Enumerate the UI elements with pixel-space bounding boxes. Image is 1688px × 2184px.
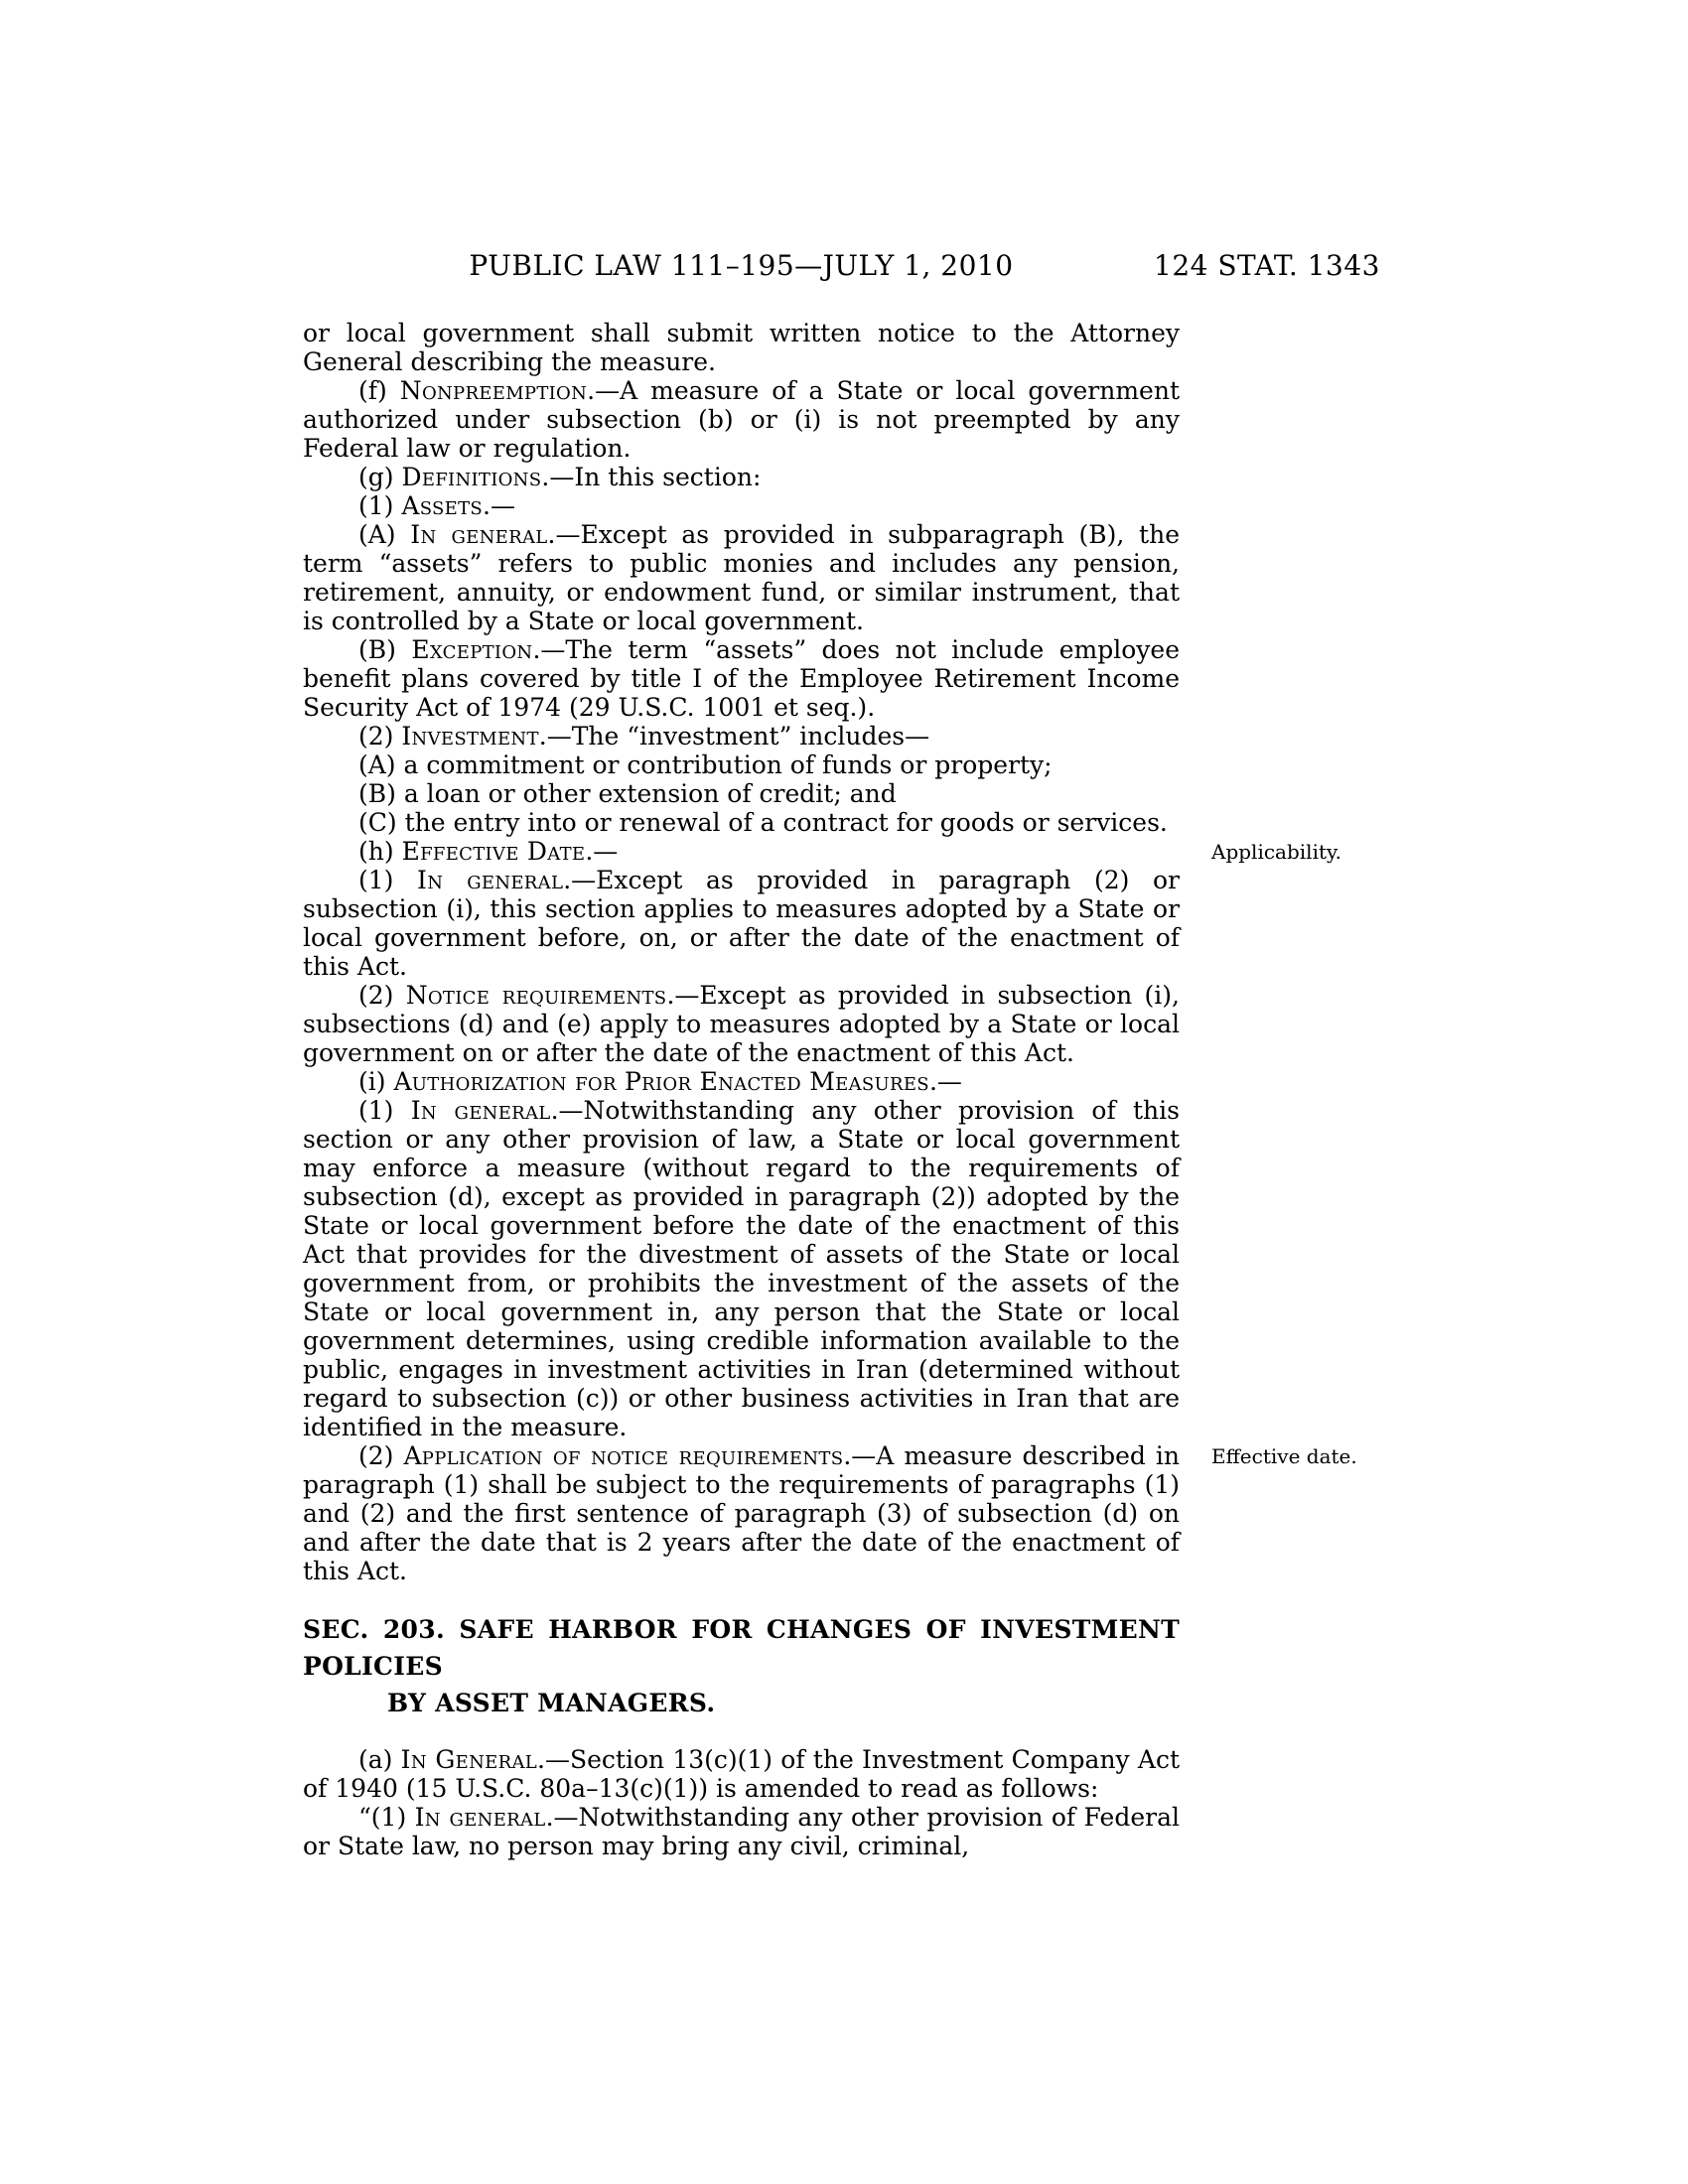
small-caps-term: Definitions [401,463,541,491]
text-run: (2) [358,722,401,751]
statute-paragraph: (2) Investment.—The “investment” include… [303,722,1180,751]
statute-paragraph: or local government shall submit written… [303,319,1180,376]
small-caps-term: In general [410,520,547,549]
law-title: PUBLIC LAW 111–195—JULY 1, 2010 [303,250,1180,282]
statute-paragraph: (h) Effective Date.—Applicability. [303,837,1180,866]
statute-body: or local government shall submit written… [303,319,1180,1860]
small-caps-term: In General [401,1745,537,1774]
text-run: or local government shall submit written… [303,319,1180,376]
text-run: .—The “investment” includes— [539,722,929,751]
text-run: (i) [358,1067,393,1096]
margin-note: Effective date. [1211,1444,1430,1468]
statute-paragraph: (C) the entry into or renewal of a contr… [303,808,1180,837]
small-caps-term: Notice requirements [406,981,667,1010]
section-heading: SEC. 203. SAFE HARBOR FOR CHANGES OF INV… [303,1611,1180,1721]
text-run: .—In this section: [541,463,761,491]
text-run: .— [585,837,618,866]
text-run: (g) [358,463,401,491]
statute-paragraph: (f) Nonpreemption.—A measure of a State … [303,376,1180,463]
statute-paragraph: (i) Authorization for Prior Enacted Meas… [303,1067,1180,1096]
text-run: .—Notwithstanding any other provision of… [303,1096,1180,1441]
small-caps-term: In general [415,1803,546,1832]
statute-paragraph: (2) Application of notice requirements.—… [303,1441,1180,1585]
text-run: .— [483,491,515,520]
small-caps-term: Investment [401,722,538,751]
small-caps-term: In general [411,1096,551,1125]
text-run: (B) [358,635,411,664]
statute-paragraph: (A) In general.—Except as provided in su… [303,520,1180,635]
text-run: (A) [358,520,410,549]
stat-page-number: 124 STAT. 1343 [1154,250,1380,282]
small-caps-term: Assets [401,491,483,520]
statute-paragraph: (B) Exception.—The term “assets” does no… [303,635,1180,722]
statute-paragraph: (g) Definitions.—In this section: [303,463,1180,491]
small-caps-term: Authorization for Prior Enacted Measures [393,1067,928,1096]
text-run: (a) [358,1745,401,1774]
running-head: PUBLIC LAW 111–195—JULY 1, 2010 124 STAT… [303,250,1380,290]
text-run: (A) a commitment or contribution of fund… [358,751,1053,779]
small-caps-term: Application of notice requirements [403,1441,843,1470]
statute-paragraph: (1) In general.—Notwithstanding any othe… [303,1096,1180,1441]
statute-page: PUBLIC LAW 111–195—JULY 1, 2010 124 STAT… [0,0,1688,2184]
statute-paragraph: (2) Notice requirements.—Except as provi… [303,981,1180,1067]
text-run: (1) [358,1096,411,1125]
text-run: .— [929,1067,962,1096]
small-caps-term: Exception [411,635,532,664]
text-run: (B) a loan or other extension of credit;… [358,779,897,808]
text-run: (h) [358,837,402,866]
statute-paragraph: (1) Assets.— [303,491,1180,520]
text-run: (f) [358,376,400,405]
statute-paragraph: (1) In general.—Except as provided in pa… [303,866,1180,981]
small-caps-term: In general [417,866,563,894]
text-run: (2) [358,981,406,1010]
text-run: (1) [358,866,417,894]
section-heading-line: BY ASSET MANAGERS. [303,1685,1180,1721]
statute-paragraph: (a) In General.—Section 13(c)(1) of the … [303,1745,1180,1803]
small-caps-term: Effective Date [402,837,586,866]
small-caps-term: Nonpreemption [400,376,587,405]
margin-note: Applicability. [1211,840,1430,864]
statute-paragraph: “(1) In general.—Notwithstanding any oth… [303,1803,1180,1860]
statute-paragraph: (B) a loan or other extension of credit;… [303,779,1180,808]
text-run: (2) [358,1441,403,1470]
text-run: (1) [358,491,401,520]
text-run: “(1) [358,1803,415,1832]
text-run: (C) the entry into or renewal of a contr… [358,808,1168,837]
section-heading-line: SEC. 203. SAFE HARBOR FOR CHANGES OF INV… [303,1611,1180,1685]
statute-paragraph: (A) a commitment or contribution of fund… [303,751,1180,779]
